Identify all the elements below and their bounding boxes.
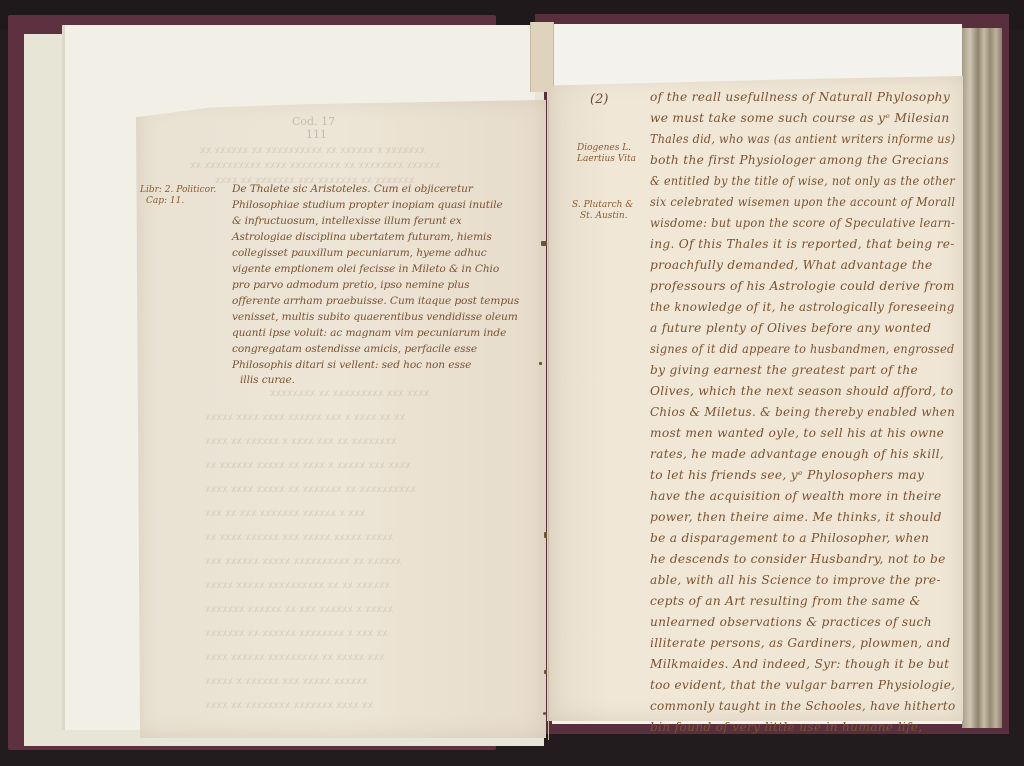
binding-strip — [530, 22, 554, 92]
text-line: proachfully demanded, What advantage the — [650, 258, 933, 272]
text-line: congregatam ostendisse amicis, perfacile… — [232, 343, 477, 355]
text-line: bin found of very little use in humane l… — [650, 720, 923, 734]
text-line: rates, he made advantage enough of his s… — [650, 447, 944, 461]
text-line: illis curae. — [240, 374, 295, 386]
text-line: by giving earnest the greatest part of t… — [650, 363, 918, 377]
text-line: commonly taught in the Schooles, have hi… — [650, 699, 956, 713]
text-line: signes of it did appeare to husbandmen, … — [650, 342, 954, 356]
margin-note-plutarch: S. Plutarch & St. Austin. — [572, 200, 633, 222]
page-edges — [962, 28, 1002, 728]
binding-hole — [541, 241, 547, 246]
text-line: able, with all his Science to improve th… — [650, 573, 941, 587]
text-line: cepts of an Art resulting from the same … — [650, 594, 921, 608]
text-line: he descends to consider Husbandry, not t… — [650, 552, 946, 566]
text-line: wisdome: but upon the score of Speculati… — [650, 216, 955, 230]
text-line: professours of his Astrologie could deri… — [650, 279, 955, 293]
text-line: Astrologiae disciplina ubertatem futuram… — [232, 231, 492, 243]
text-line: collegisset pauxillum pecuniarum, hyeme … — [232, 247, 487, 259]
text-line: of the reall usefullness of Naturall Phy… — [650, 90, 950, 104]
pencil-shelfmark: Cod. 17 111 — [292, 115, 335, 141]
margin-note-line: St. Austin. — [572, 211, 633, 222]
shelfmark-line: Cod. 17 — [292, 115, 335, 128]
text-line: the knowledge of it, he astrologically f… — [650, 300, 955, 314]
folio-number: (2) — [590, 92, 608, 107]
text-line: De Thalete sic Aristoteles. Cum ei objic… — [232, 183, 473, 195]
text-line: Milkmaides. And indeed, Syr: though it b… — [650, 657, 949, 671]
text-line: six celebrated wisemen upon the account … — [650, 195, 955, 209]
margin-note-left: Libr: 2. Politicor. Cap: 11. — [140, 185, 216, 207]
text-line: both the first Physiologer among the Gre… — [650, 153, 949, 167]
margin-note-line: Laertius Vita — [577, 154, 636, 165]
text-line: illiterate persons, as Gardiners, plowme… — [650, 636, 950, 650]
margin-note-diogenes: Diogenes L. Laertius Vita — [577, 143, 636, 165]
margin-note-line: Libr: 2. Politicor. — [140, 185, 216, 196]
text-line: too evident, that the vulgar barren Phys… — [650, 678, 955, 692]
page-gutter — [548, 100, 549, 740]
margin-note-line: S. Plutarch & — [572, 200, 633, 211]
text-line: we must take some such course as yᵉ Mile… — [650, 111, 949, 125]
text-line: Thales did, who was (as antient writers … — [650, 132, 955, 146]
text-line: vigente emptionem olei fecisse in Mileto… — [232, 263, 499, 275]
text-line: Philosophiae studium propter inopiam qua… — [232, 199, 503, 211]
text-line: & entitled by the title of wise, not onl… — [650, 174, 955, 188]
text-line: have the acquisition of wealth more in t… — [650, 489, 942, 503]
text-line: be a disparagement to a Philosopher, whe… — [650, 531, 929, 545]
text-line: quanti ipse voluit: ac magnam vim pecuni… — [232, 327, 506, 339]
text-line: pro parvo admodum pretio, ipso nemine pl… — [232, 279, 469, 291]
margin-note-line: Cap: 11. — [140, 196, 216, 207]
text-line: a future plenty of Olives before any won… — [650, 321, 931, 335]
text-line: unlearned observations & practices of su… — [650, 615, 932, 629]
margin-note-line: Diogenes L. — [577, 143, 636, 154]
text-line: to let his friends see, yᵉ Phylosophers … — [650, 468, 924, 482]
text-line: power, then theire aime. Me thinks, it s… — [650, 510, 942, 524]
binding-hole — [539, 362, 542, 365]
text-line: ing. Of this Thales it is reported, that… — [650, 237, 955, 251]
text-line: & infructuosum, intellexisse illum ferun… — [232, 215, 462, 227]
shelfmark-line: 111 — [292, 128, 327, 141]
text-line: Chios & Miletus. & being thereby enabled… — [650, 405, 955, 419]
text-line: offerente arrham praebuisse. Cum itaque … — [232, 295, 519, 307]
text-line: Philosophis ditari si vellent: sed hoc n… — [232, 359, 471, 371]
text-line: venisset, multis subito quaerentibus ven… — [232, 311, 518, 323]
binding-hole — [543, 712, 546, 715]
text-line: Olives, which the next season should aff… — [650, 384, 953, 398]
text-line: most men wanted oyle, to sell his at his… — [650, 426, 944, 440]
